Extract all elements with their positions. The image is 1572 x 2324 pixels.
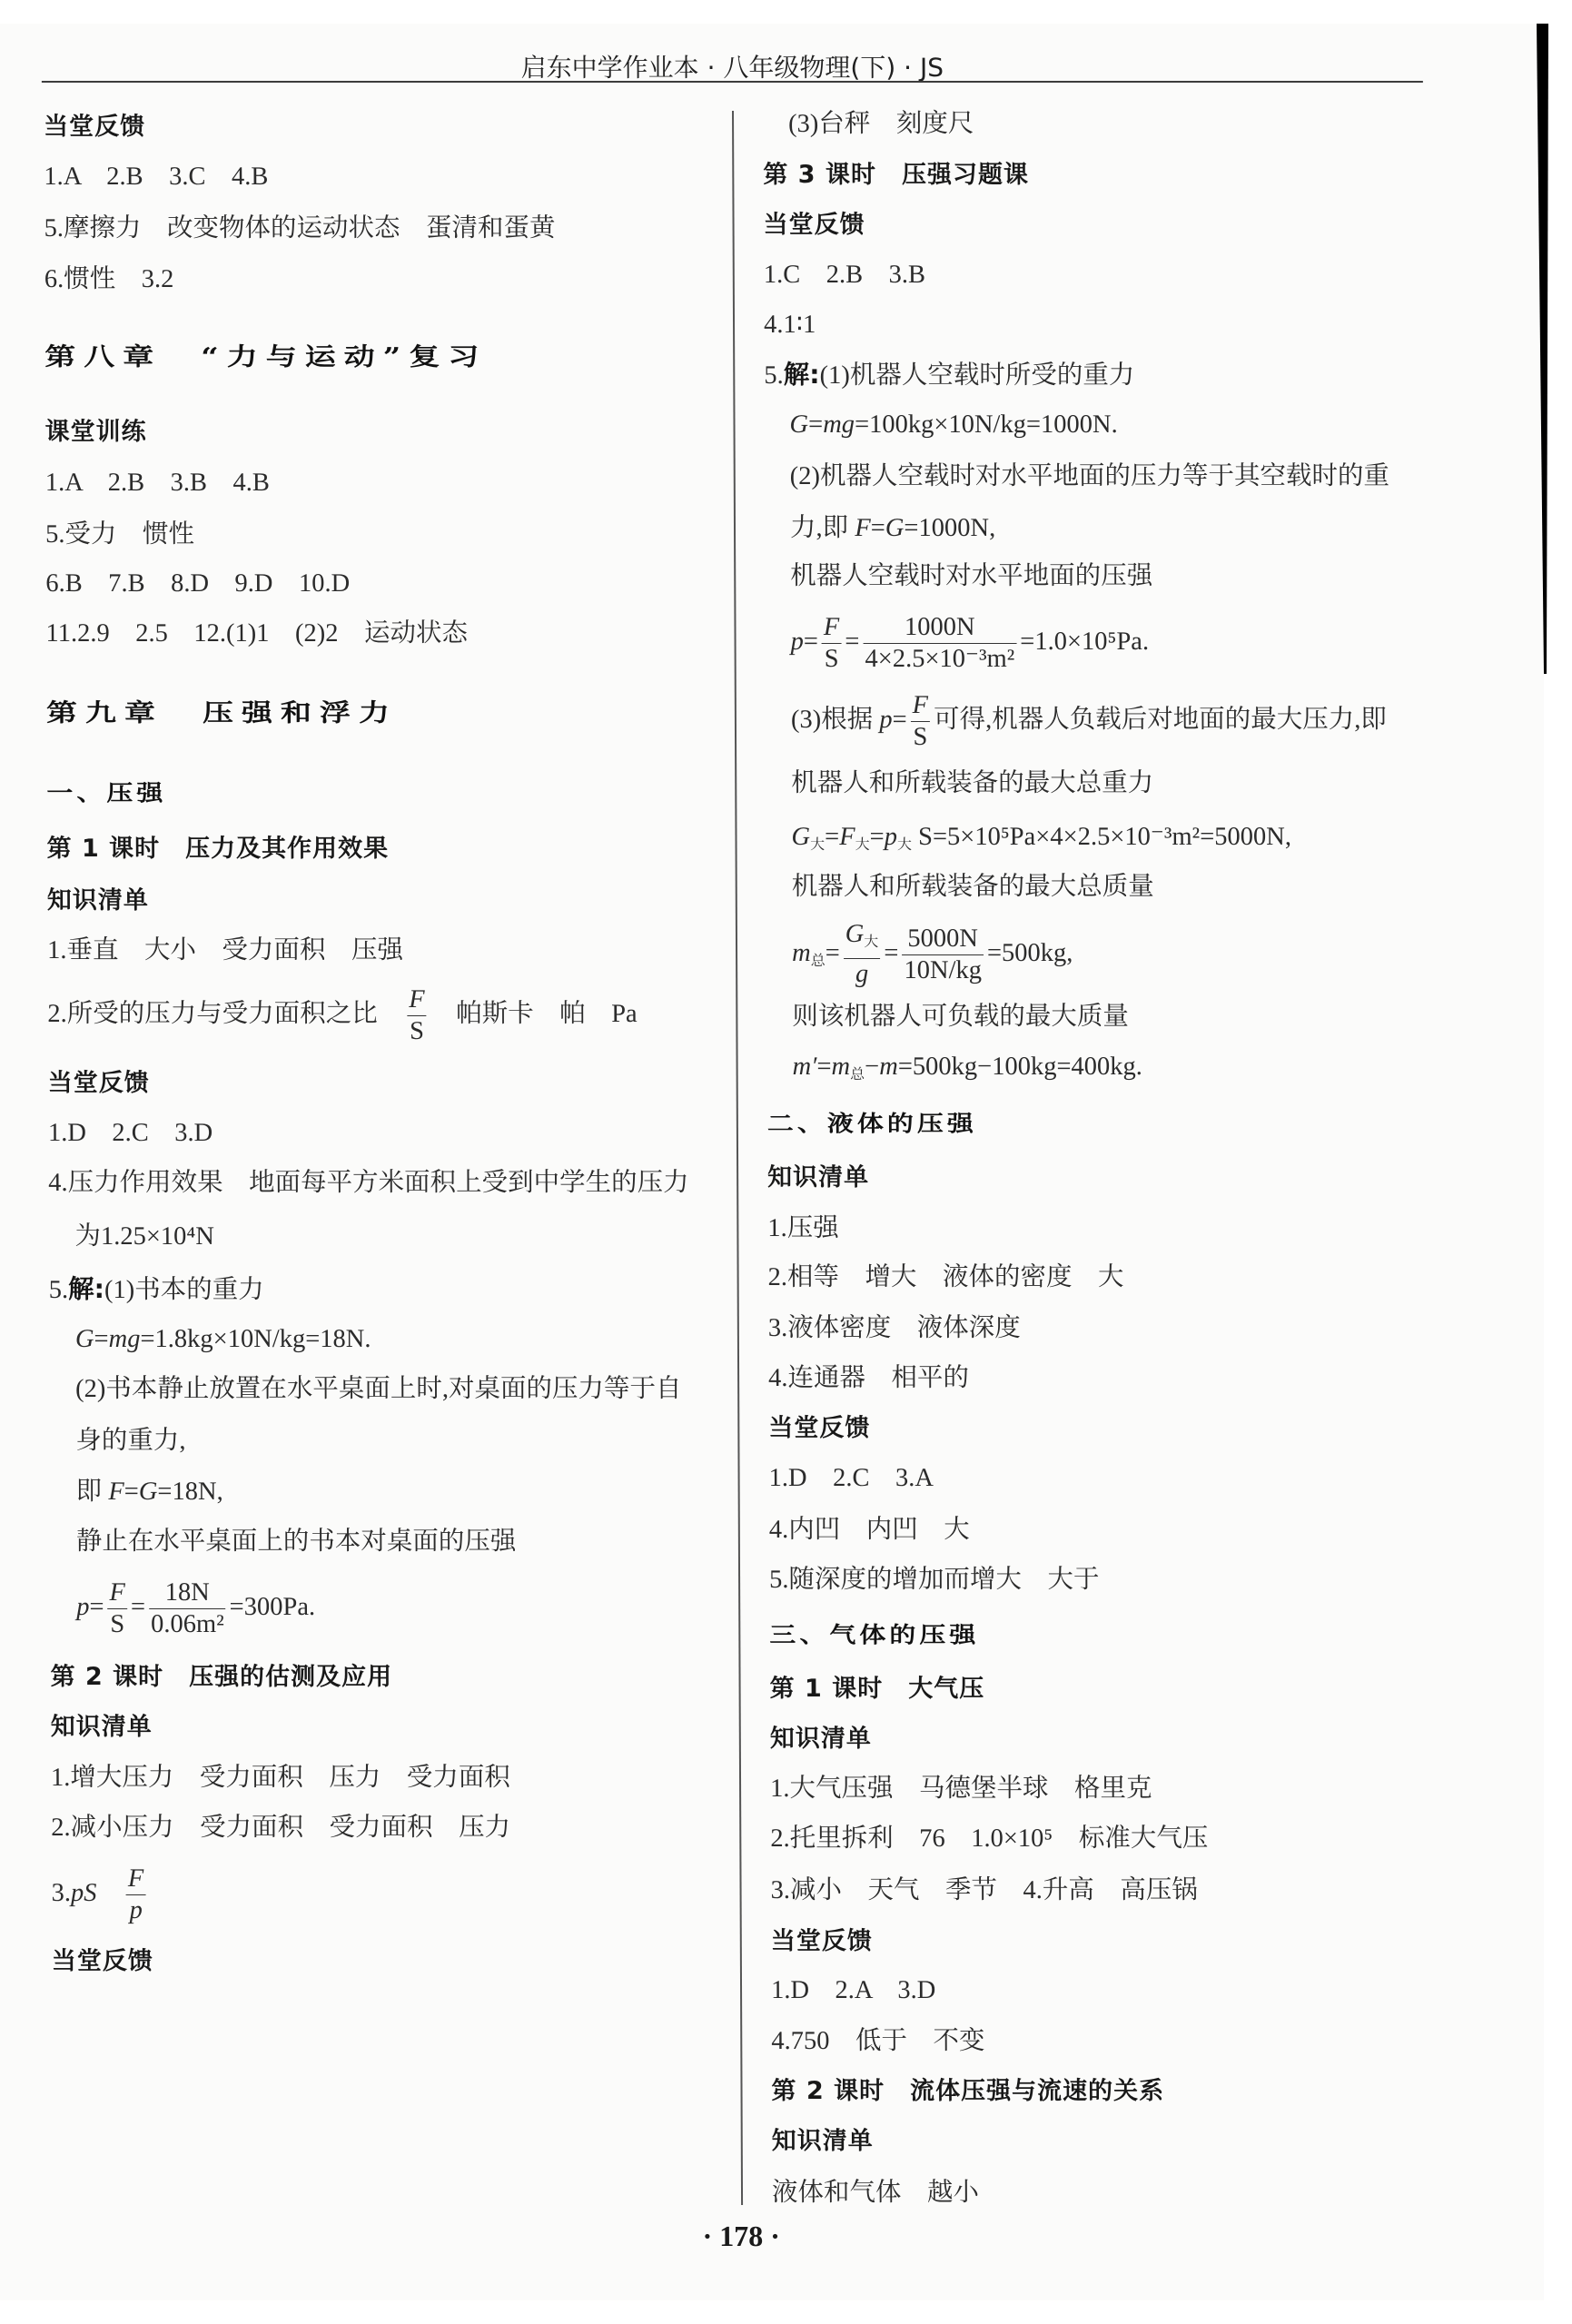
formula-line: p=FS=1000N4×2.5×10⁻³m²=1.0×10⁵Pa. [790, 606, 1149, 678]
feedback-heading: 当堂反馈 [52, 1925, 153, 1998]
math-variable: F [109, 1578, 125, 1607]
formula-line: 2.所受的压力与受力面积之比 FS 帕斯卡 帕 Pa [47, 978, 638, 1051]
formula-line: m总=G大g=5000N10N/kg=500kg, [792, 917, 1073, 990]
answer-line: 2.减小压力 受力面积 受力面积 压力 [51, 1792, 510, 1864]
answer-line: 11.2.9 2.5 12.(1)1 (2)2 运动状态 [45, 598, 468, 670]
fraction-numerator: 5000N [902, 925, 984, 955]
fraction: FS [910, 691, 930, 752]
answer-line: 1.垂直 大小 受力面积 压强 [47, 915, 403, 987]
page-content: 启东中学作业本 · 八年级物理(下) · JS 当堂反馈 1.A 2.B 3.C… [0, 0, 1572, 2324]
math-variable: m [831, 1053, 850, 1081]
fraction: 1000N4×2.5×10⁻³m² [863, 613, 1016, 674]
subscript: 总 [811, 954, 826, 969]
fraction-denominator: S [407, 1016, 427, 1046]
fraction-denominator: 4×2.5×10⁻³m² [863, 644, 1016, 674]
solution-line: 静止在水平桌面上的书本对桌面的压强 [76, 1506, 517, 1578]
fraction-numerator: 1000N [863, 613, 1016, 644]
column-divider [732, 111, 743, 2205]
fraction-numerator: F [822, 613, 842, 644]
fraction-numerator: G大 [844, 920, 881, 959]
subscript: 总 [850, 1067, 865, 1083]
fraction: FS [107, 1578, 127, 1639]
math-variable: F [108, 1478, 124, 1506]
page-number: · 178 · [650, 2216, 832, 2256]
math-variable: m [792, 939, 811, 967]
fraction: FS [407, 985, 427, 1046]
fraction-numerator: F [126, 1864, 146, 1895]
math-variable: pS [71, 1879, 97, 1907]
fraction-denominator: S [108, 1609, 128, 1639]
fraction: FS [822, 613, 842, 674]
math-variable: mg [823, 410, 855, 439]
chapter-title: 第九章 压强和浮力 [46, 684, 398, 742]
formula-line: 3.pS Fp [51, 1857, 149, 1930]
math-variable: p [76, 1593, 89, 1621]
math-variable: m′ [793, 1053, 817, 1081]
fraction-numerator: F [407, 985, 427, 1016]
fraction-denominator: S [822, 644, 842, 674]
math-variable: p [879, 706, 892, 734]
solution-line: 机器人空载时对水平地面的压强 [790, 540, 1152, 613]
emphasis: 解: [68, 1274, 104, 1304]
math-variable: F [409, 985, 425, 1014]
fraction-numerator: F [910, 691, 930, 722]
math-variable: G [791, 823, 810, 851]
fraction-denominator: p [126, 1895, 146, 1925]
fraction: 5000N10N/kg [902, 925, 984, 985]
fraction: G大g [844, 920, 881, 989]
formula-line: (3)根据 p=FS可得,机器人负载后对地面的最大压力,即 [791, 684, 1387, 757]
math-variable: G [885, 514, 905, 542]
fraction: Fp [126, 1864, 146, 1925]
math-variable: p [885, 823, 897, 851]
math-variable: mg [109, 1325, 141, 1353]
math-variable: F [128, 1864, 144, 1893]
math-variable: p [130, 1896, 143, 1924]
math-variable: F [855, 514, 871, 542]
math-variable: F [839, 823, 855, 851]
answer-line: 6.惯性 3.2 [44, 243, 174, 316]
emphasis: 解: [784, 360, 820, 390]
fraction: 18N0.06m² [149, 1578, 226, 1639]
chapter-title: 第八章 “力与运动”复习 [44, 328, 487, 386]
header-rule [42, 81, 1423, 83]
math-variable: G [845, 920, 865, 948]
solution-line: 机器人和所载装备的最大总质量 [792, 851, 1154, 924]
math-variable: m [879, 1053, 898, 1081]
subscript: 大 [864, 935, 878, 950]
math-variable: G [789, 410, 808, 439]
fraction-denominator: 0.06m² [149, 1609, 226, 1639]
math-variable: G [139, 1478, 158, 1506]
math-variable: p [790, 628, 803, 656]
formula-line: p=FS=18N0.06m²=300Pa. [76, 1571, 315, 1644]
fraction-numerator: F [107, 1578, 127, 1609]
math-variable: F [912, 691, 928, 719]
math-variable: F [824, 613, 840, 641]
math-variable: G [75, 1325, 94, 1353]
fraction-numerator: 18N [149, 1578, 226, 1609]
